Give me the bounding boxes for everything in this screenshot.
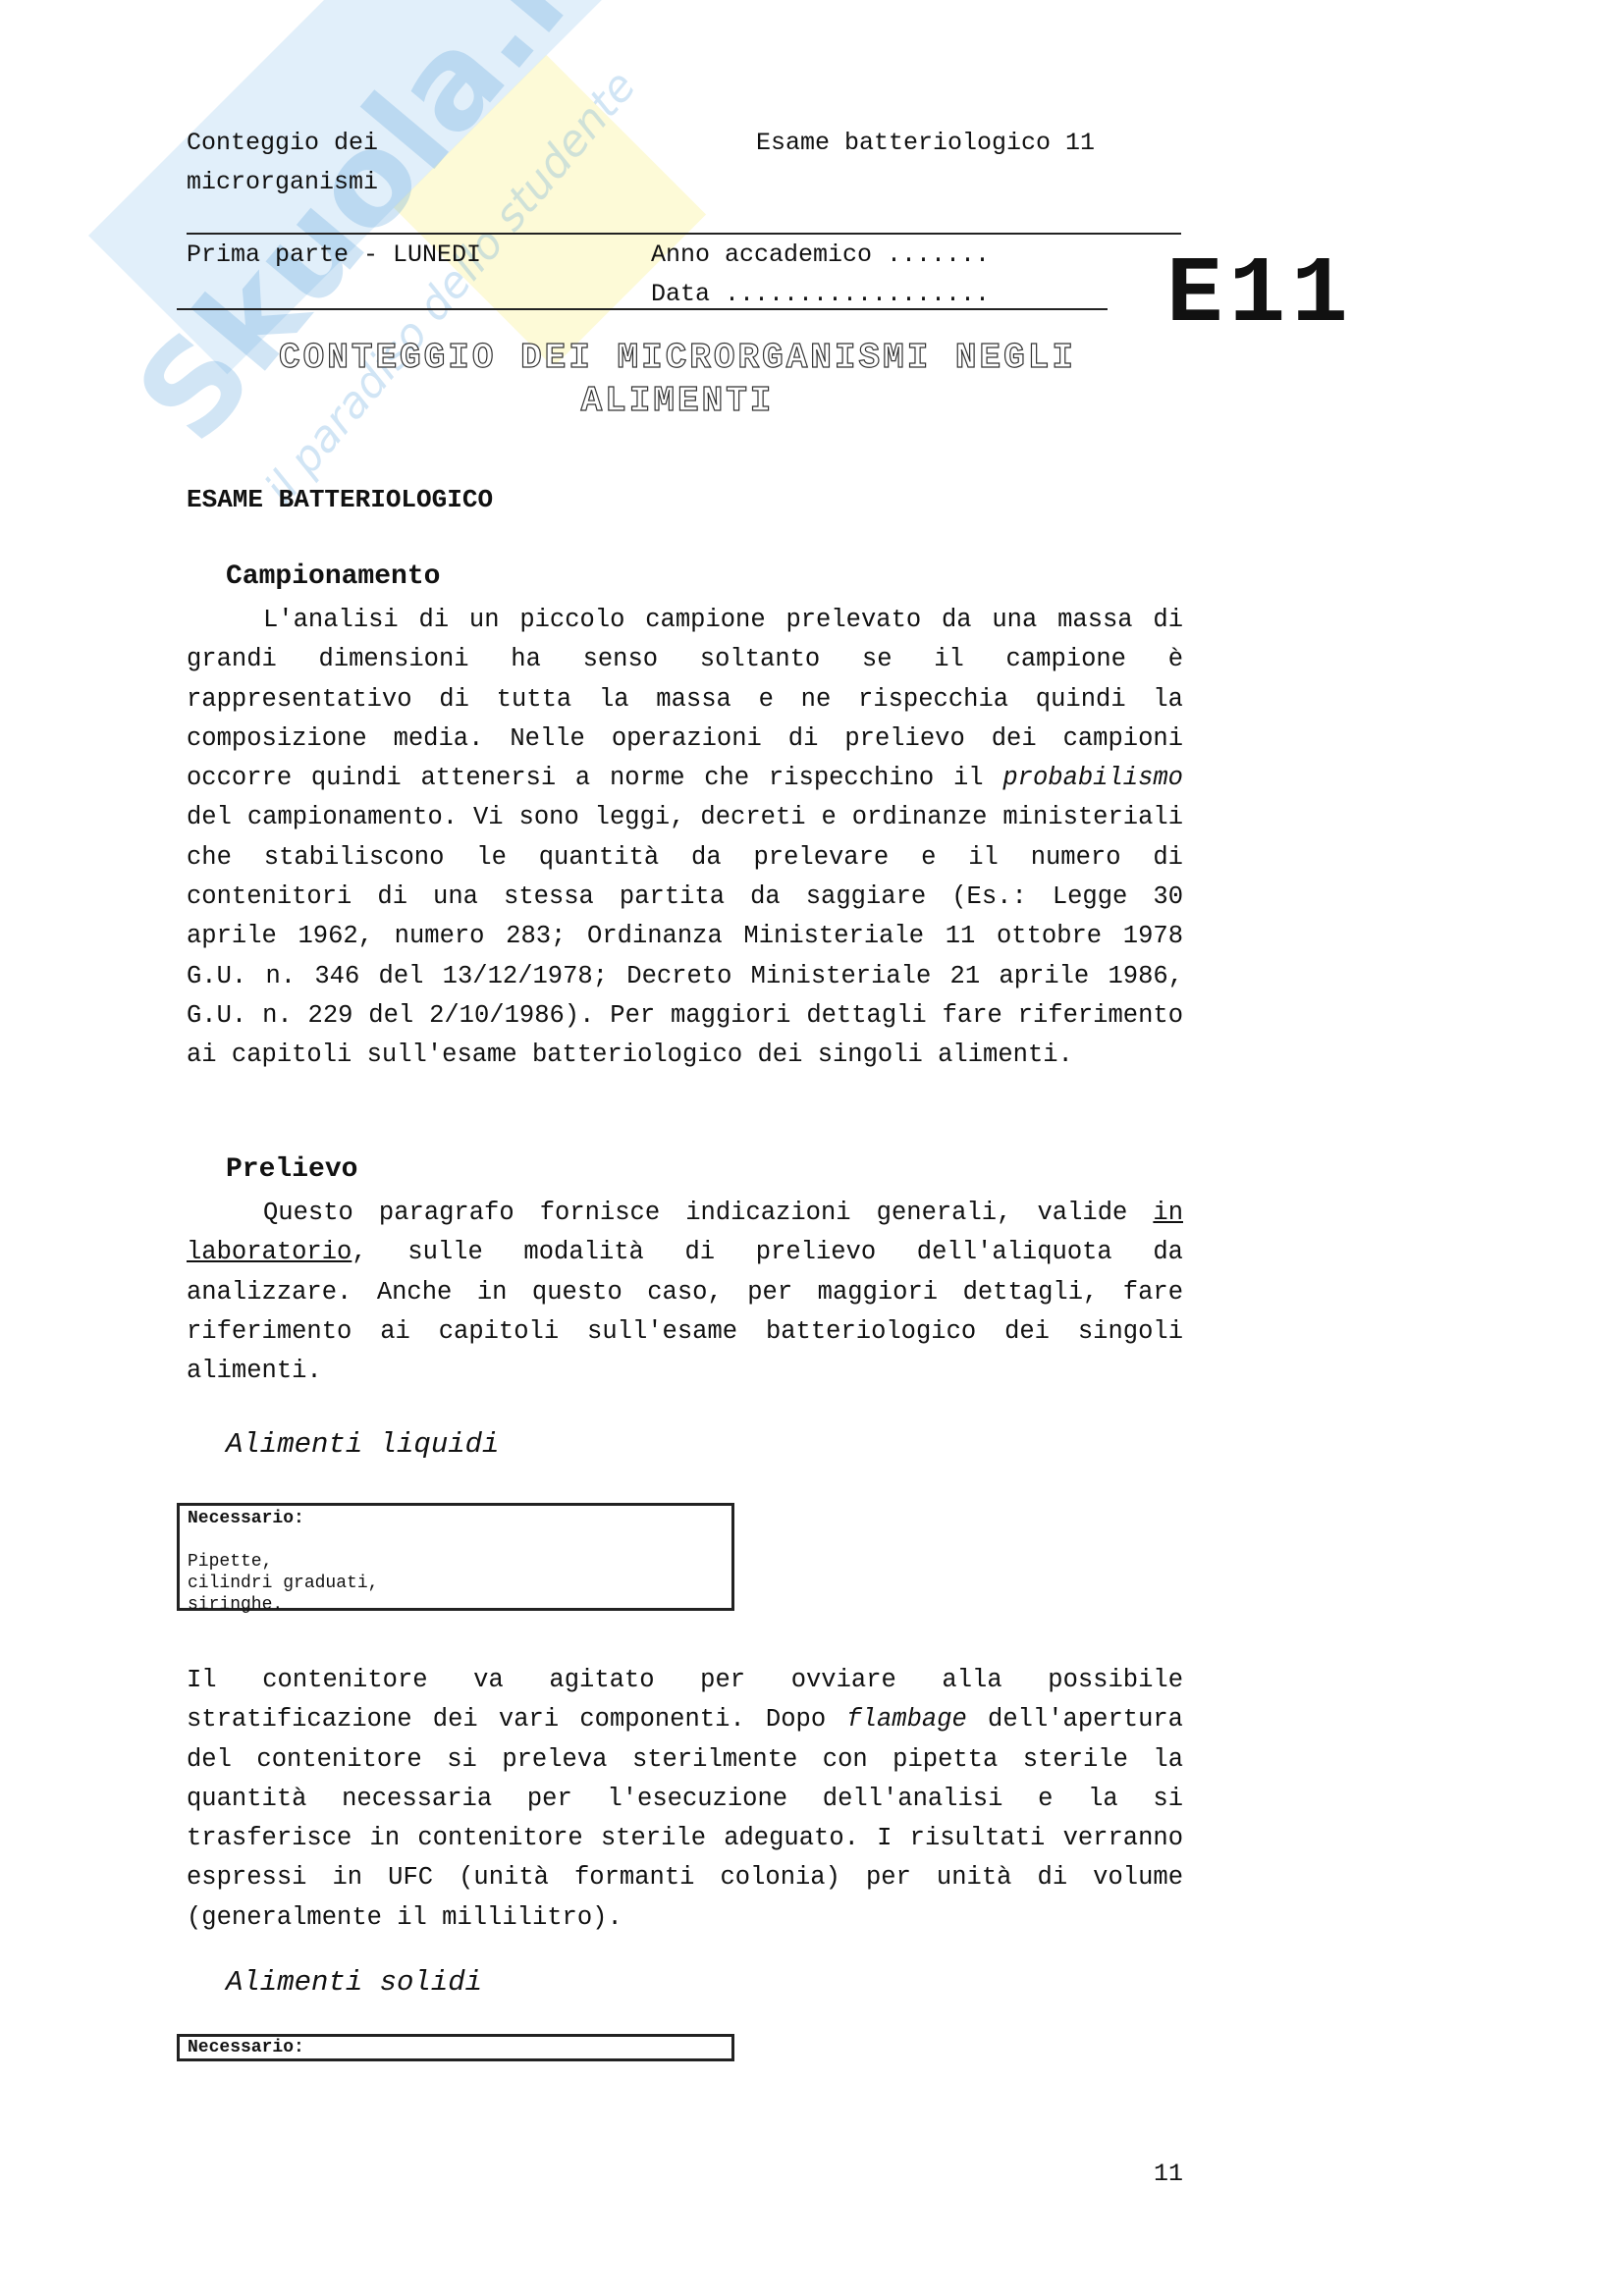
page-number: 11 [1154, 2160, 1183, 2188]
underlined-term: laboratorio [187, 1238, 352, 1266]
header-rule-bottom [177, 308, 1108, 310]
underlined-term: in [1153, 1199, 1183, 1227]
header-right-title: Esame batteriologico 11 [756, 124, 1095, 163]
solidi-equipment-box: Necessario: [177, 2034, 734, 2061]
header-left-title-line2: microrganismi [187, 163, 378, 202]
section-heading: ESAME BATTERIOLOGICO [187, 485, 493, 514]
italic-term: flambage [846, 1705, 966, 1734]
prelievo-heading: Prelievo [226, 1154, 357, 1185]
document-title-line2: ALIMENTI [187, 379, 1168, 424]
header-session: Prima parte - LUNEDI [187, 236, 481, 275]
equipment-item: cilindri graduati, [188, 1573, 724, 1594]
campionamento-paragraph: L'analisi di un piccolo campione preleva… [187, 601, 1183, 1076]
campionamento-heading: Campionamento [226, 561, 440, 592]
document-title-line1: CONTEGGIO DEI MICRORGANISMI NEGLI [187, 336, 1168, 381]
header-rule-top [187, 233, 1181, 235]
exercise-code: E11 [1166, 241, 1354, 348]
equipment-item: Pipette, [188, 1551, 724, 1573]
italic-term: probabilismo [1002, 764, 1183, 792]
prelievo-paragraph: Questo paragrafo fornisce indicazioni ge… [187, 1194, 1183, 1391]
equipment-item: siringhe. [188, 1594, 724, 1616]
watermark: Skuola.net il paradiso dello studente [29, 59, 736, 609]
watermark-band [88, 0, 728, 374]
header-left-title-line1: Conteggio dei [187, 124, 378, 163]
liquidi-heading: Alimenti liquidi [226, 1428, 499, 1461]
header-academic-year: Anno accademico ....... [651, 236, 990, 275]
equipment-list: Pipette, cilindri graduati, siringhe. [188, 1551, 724, 1616]
box-label: Necessario: [188, 2037, 724, 2058]
box-label: Necessario: [188, 1508, 724, 1529]
watermark-tab [394, 55, 706, 367]
liquidi-paragraph: Il contenitore va agitato per ovviare al… [187, 1661, 1183, 1938]
header-left-title: Conteggio dei microrganismi [187, 124, 378, 202]
liquidi-equipment-box: Necessario: Pipette, cilindri graduati, … [177, 1503, 734, 1611]
solidi-heading: Alimenti solidi [226, 1966, 482, 1999]
